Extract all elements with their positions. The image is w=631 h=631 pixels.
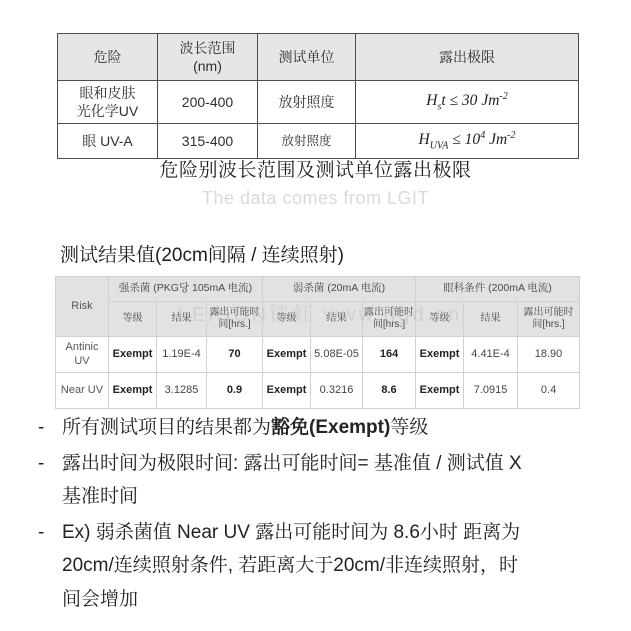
note-text: 露出时间为极限时间: 露出可能时间= 基准值 / 测试值 X 基准时间 — [62, 447, 522, 514]
subheader-exposure-time: 露出可能时 间[hrs.] — [363, 302, 416, 337]
note-text-bold: 豁免(Exempt) — [271, 417, 390, 438]
cell-grade: Exempt — [416, 373, 464, 409]
table1-caption: 危险别波长范围及测试单位露出极限 — [0, 155, 631, 182]
sub-header-row: 等级 结果 露出可能时 间[hrs.] 等级 结果 露出可能时 间[hrs.] … — [56, 302, 580, 337]
formula-unit: Jm — [485, 132, 507, 149]
test-results-table: Risk 强杀菌 (PKG당 105mA 电流) 弱杀菌 (20mA 电流) 眼… — [55, 276, 580, 409]
cell-exposure-time: 0.4 — [518, 373, 580, 409]
cell-risk: Antinic UV — [56, 337, 109, 373]
formula-unit-exponent: -2 — [507, 130, 515, 141]
cell-exposure-limit-formula: Hst ≤ 30 Jm-2 — [356, 81, 579, 124]
formula-mid: t ≤ 30 — [441, 93, 477, 110]
table-row-uv-a: 眼 UV-A 315-400 放射照度 HUVA ≤ 104 Jm-2 — [58, 124, 579, 159]
formula-base: H — [426, 93, 437, 110]
cell-result: 1.19E-4 — [157, 337, 207, 373]
subheader-result: 结果 — [311, 302, 363, 337]
formula-unit-exponent: -2 — [499, 91, 507, 102]
bullet-dash: - — [38, 411, 62, 445]
cell-hazard: 眼和皮肤 光化学UV — [58, 81, 158, 124]
document-page: { "table1": { "headers": { "hazard": "危险… — [0, 0, 631, 631]
cell-grade: Exempt — [109, 373, 157, 409]
subheader-grade: 等级 — [263, 302, 311, 337]
note-text-pre: Ex) 弱杀菌值 Near UV 露出可能时间为 8.6小时 距离为 20cm/… — [62, 522, 520, 610]
bullet-dash: - — [38, 516, 62, 617]
formula-mid: ≤ 10 — [448, 132, 480, 149]
cell-wavelength: 200-400 — [158, 81, 258, 124]
note-item-example: - Ex) 弱杀菌值 Near UV 露出可能时间为 8.6小时 距离为 20c… — [38, 516, 603, 617]
cell-test-unit: 放射照度 — [258, 81, 356, 124]
subheader-exposure-time: 露出可能时 间[hrs.] — [518, 302, 580, 337]
cell-test-unit: 放射照度 — [258, 124, 356, 159]
cell-exposure-time: 0.9 — [207, 373, 263, 409]
cell-result: 5.08E-05 — [311, 337, 363, 373]
subheader-grade: 等级 — [109, 302, 157, 337]
cell-grade: Exempt — [263, 373, 311, 409]
col-header-hazard: 危险 — [58, 34, 158, 81]
note-text-pre: 所有测试项目的结果都为 — [62, 417, 271, 438]
col-header-test-unit: 测试单位 — [258, 34, 356, 81]
note-item-exempt-grade: - 所有测试项目的结果都为豁免(Exempt)等级 — [38, 411, 603, 445]
formula-base: H — [419, 132, 430, 149]
cell-result: 0.3216 — [311, 373, 363, 409]
formula-subscript: UVA — [430, 141, 449, 152]
table-row-uv-photochemical: 眼和皮肤 光化学UV 200-400 放射照度 Hst ≤ 30 Jm-2 — [58, 81, 579, 124]
col-header-exposure-limit: 露出极限 — [356, 34, 579, 81]
cell-result: 3.1285 — [157, 373, 207, 409]
cell-result: 4.41E-4 — [464, 337, 518, 373]
subheader-result: 结果 — [464, 302, 518, 337]
cell-exposure-time: 18.90 — [518, 337, 580, 373]
risk-column-header: Risk — [56, 277, 109, 337]
note-text: 所有测试项目的结果都为豁免(Exempt)等级 — [62, 411, 428, 445]
cell-exposure-limit-formula: HUVA ≤ 104 Jm-2 — [356, 124, 579, 159]
note-item-exposure-time-formula: - 露出时间为极限时间: 露出可能时间= 基准值 / 测试值 X 基准时间 — [38, 447, 603, 514]
note-text-pre: 露出时间为极限时间: 露出可能时间= 基准值 / 测试值 X 基准时间 — [62, 453, 522, 508]
group-header-weak-germicidal: 弱杀菌 (20mA 电流) — [263, 277, 416, 302]
cell-risk: Near UV — [56, 373, 109, 409]
cell-grade: Exempt — [416, 337, 464, 373]
cell-exposure-time: 164 — [363, 337, 416, 373]
note-text-post: 等级 — [390, 417, 428, 438]
subheader-grade: 等级 — [416, 302, 464, 337]
subheader-exposure-time: 露出可能时 间[hrs.] — [207, 302, 263, 337]
cell-exposure-time: 8.6 — [363, 373, 416, 409]
note-text: Ex) 弱杀菌值 Near UV 露出可能时间为 8.6小时 距离为 20cm/… — [62, 516, 520, 617]
group-header-row: Risk 强杀菌 (PKG당 105mA 电流) 弱杀菌 (20mA 电流) 眼… — [56, 277, 580, 302]
cell-result: 7.0915 — [464, 373, 518, 409]
lgit-watermark: The data comes from LGIT — [0, 188, 631, 209]
cell-exposure-time: 70 — [207, 337, 263, 373]
cell-grade: Exempt — [109, 337, 157, 373]
cell-grade: Exempt — [263, 337, 311, 373]
bullet-dash: - — [38, 447, 62, 514]
group-header-ophthalmic: 眼科条件 (200mA 电流) — [416, 277, 580, 302]
notes-list: - 所有测试项目的结果都为豁免(Exempt)等级 - 露出时间为极限时间: 露… — [38, 411, 603, 618]
group-header-strong-germicidal: 强杀菌 (PKG당 105mA 电流) — [109, 277, 263, 302]
cell-wavelength: 315-400 — [158, 124, 258, 159]
col-header-wavelength: 波长范围 (nm) — [158, 34, 258, 81]
test-results-heading: 测试结果值(20cm间隔 / 连续照射) — [60, 240, 344, 267]
result-row-near-uv: Near UV Exempt 3.1285 0.9 Exempt 0.3216 … — [56, 373, 580, 409]
exposure-limit-table: 危险 波长范围 (nm) 测试单位 露出极限 眼和皮肤 光化学UV 200-40… — [57, 33, 579, 159]
result-row-antinic-uv: Antinic UV Exempt 1.19E-4 70 Exempt 5.08… — [56, 337, 580, 373]
exposure-limit-header-row: 危险 波长范围 (nm) 测试单位 露出极限 — [58, 34, 579, 81]
formula-unit: Jm — [477, 93, 499, 110]
cell-hazard: 眼 UV-A — [58, 124, 158, 159]
subheader-result: 结果 — [157, 302, 207, 337]
